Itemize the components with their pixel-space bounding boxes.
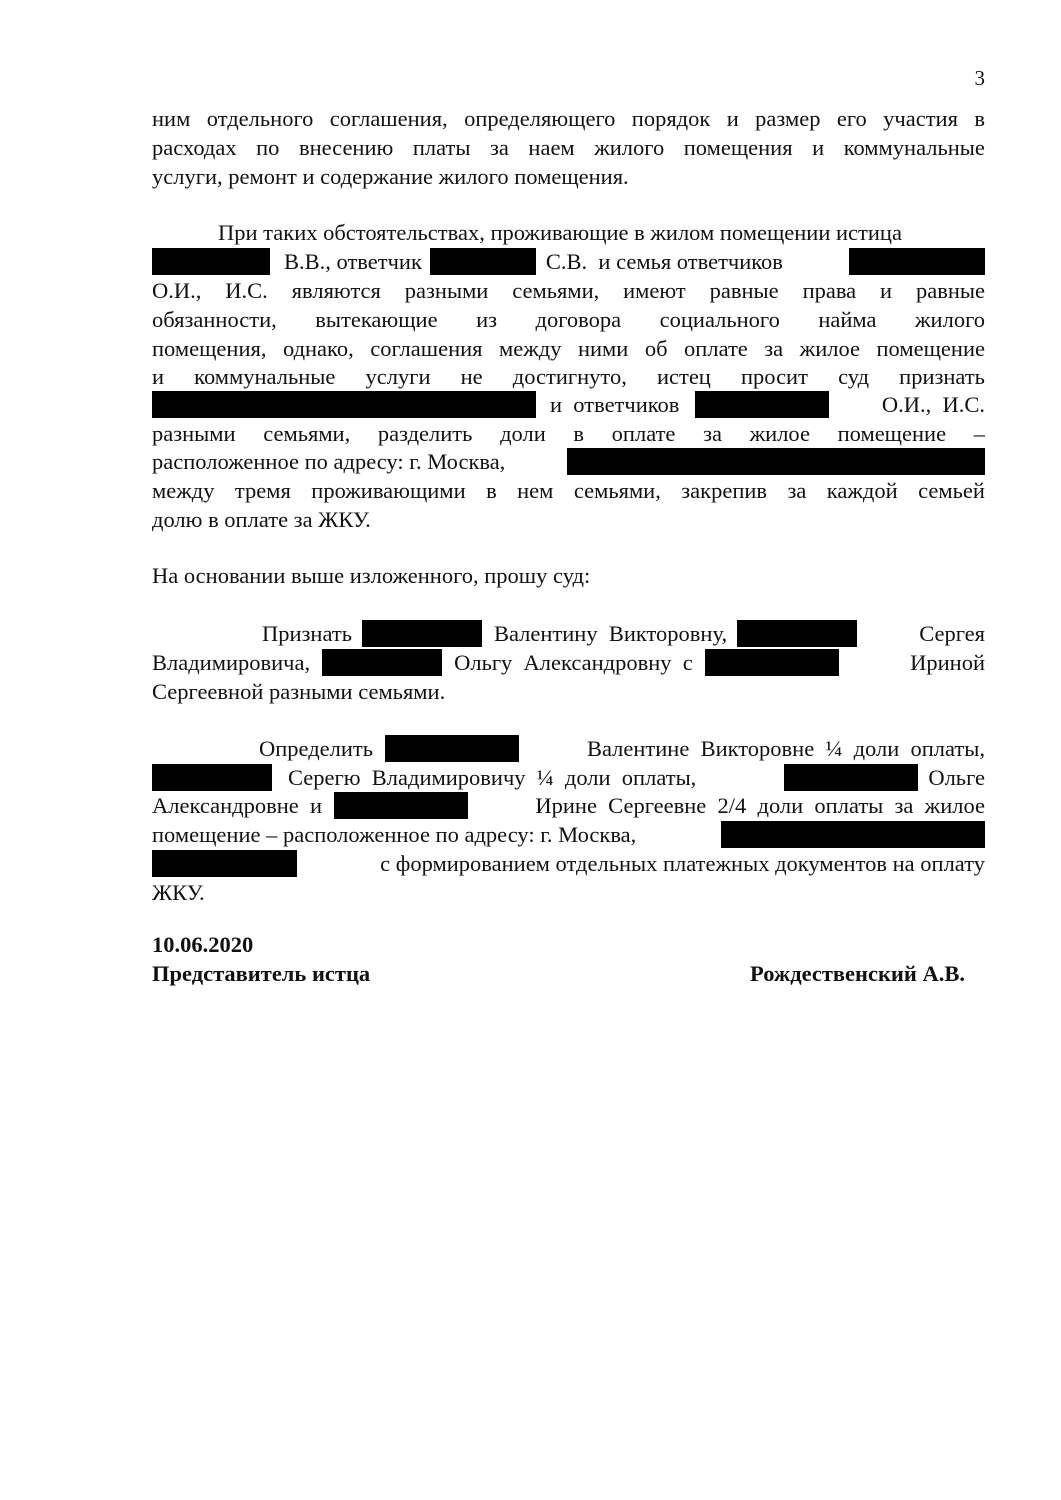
request-intro: На основании выше изложенного, прошу суд… (152, 561, 985, 590)
redacted-surname (334, 792, 468, 819)
paragraph-2-line-7: и ответчиков О.И., И.С. (152, 390, 985, 419)
signature-block: Представитель истца Рождественский А.В. (152, 959, 985, 988)
item-1-line-2: Владимировича, Ольгу Александровну с Ири… (152, 648, 985, 677)
paragraph-2-line-3: О.И.,И.С.являютсяразнымисемьями,имеютрав… (152, 276, 985, 305)
paragraph-2-line-11: долю в оплате за ЖКУ. (152, 505, 985, 534)
paragraph-1-line-3: услуги, ремонт и содержание жилого помещ… (152, 162, 985, 191)
paragraph-2-line-1: При таких обстоятельствах, проживающие в… (218, 218, 985, 247)
redacted-address (567, 448, 985, 475)
signature-name: Рождественский А.В. (750, 959, 965, 988)
item-2-line-1: Определить Валентине Викторовне ¼ доли о… (259, 734, 985, 763)
item-2-line-2: Серегю Владимировичу ¼ доли оплаты, Ольг… (152, 763, 985, 792)
page-number: 3 (975, 66, 986, 91)
paragraph-2-line-6: икоммунальныеуслугинедостигнуто,истецпро… (152, 362, 985, 391)
item-2-line-5: с формированием отдельных платежных доку… (152, 849, 985, 878)
redacted-surname (705, 649, 839, 676)
redacted-surname (152, 248, 270, 275)
redacted-surname (737, 620, 857, 647)
item-2-line-3: Александровне и Ирине Сергеевне 2/4 доли… (152, 791, 985, 820)
redacted-surname (362, 620, 482, 647)
paragraph-2-line-10: междутремяпроживающимивнемсемьями,закреп… (152, 476, 985, 505)
paragraph-2-line-2: В.В., ответчик С.В. и семья ответчиков (152, 247, 985, 276)
redacted-surname (385, 735, 519, 762)
redacted-surname (430, 248, 536, 275)
paragraph-2-line-4: обязанности,вытекающиеиздоговорасоциальн… (152, 305, 985, 334)
paragraph-1-line-2: расходахповнесениюплатызанаемжилогопомещ… (152, 133, 985, 162)
paragraph-1-line-1: нимотдельногосоглашения,определяющегопор… (152, 104, 985, 133)
paragraph-2-line-8: разнымисемьями,разделитьдоливоплатезажил… (152, 419, 985, 448)
redacted-names (152, 391, 536, 418)
paragraph-2-line-5: помещения,однако,соглашениямеждунимиобоп… (152, 334, 985, 363)
signature-role: Представитель истца (152, 959, 370, 988)
redacted-surname (322, 649, 442, 676)
redacted-surname (784, 764, 918, 791)
item-1-line-3: Сергеевной разными семьями. (152, 677, 985, 706)
item-2-line-4: помещение – расположенное по адресу: г. … (152, 820, 985, 849)
redacted-address (152, 850, 297, 877)
redacted-surname (849, 248, 985, 275)
redacted-address (721, 821, 985, 848)
redacted-surname (152, 764, 272, 791)
item-2-line-6: ЖКУ. (152, 878, 985, 907)
redacted-surname (695, 391, 829, 418)
signature-date: 10.06.2020 (152, 930, 985, 959)
paragraph-2-line-9: расположенное по адресу: г. Москва, (152, 447, 985, 476)
item-1-line-1: Признать Валентину Викторовну, Сергея (262, 619, 985, 648)
